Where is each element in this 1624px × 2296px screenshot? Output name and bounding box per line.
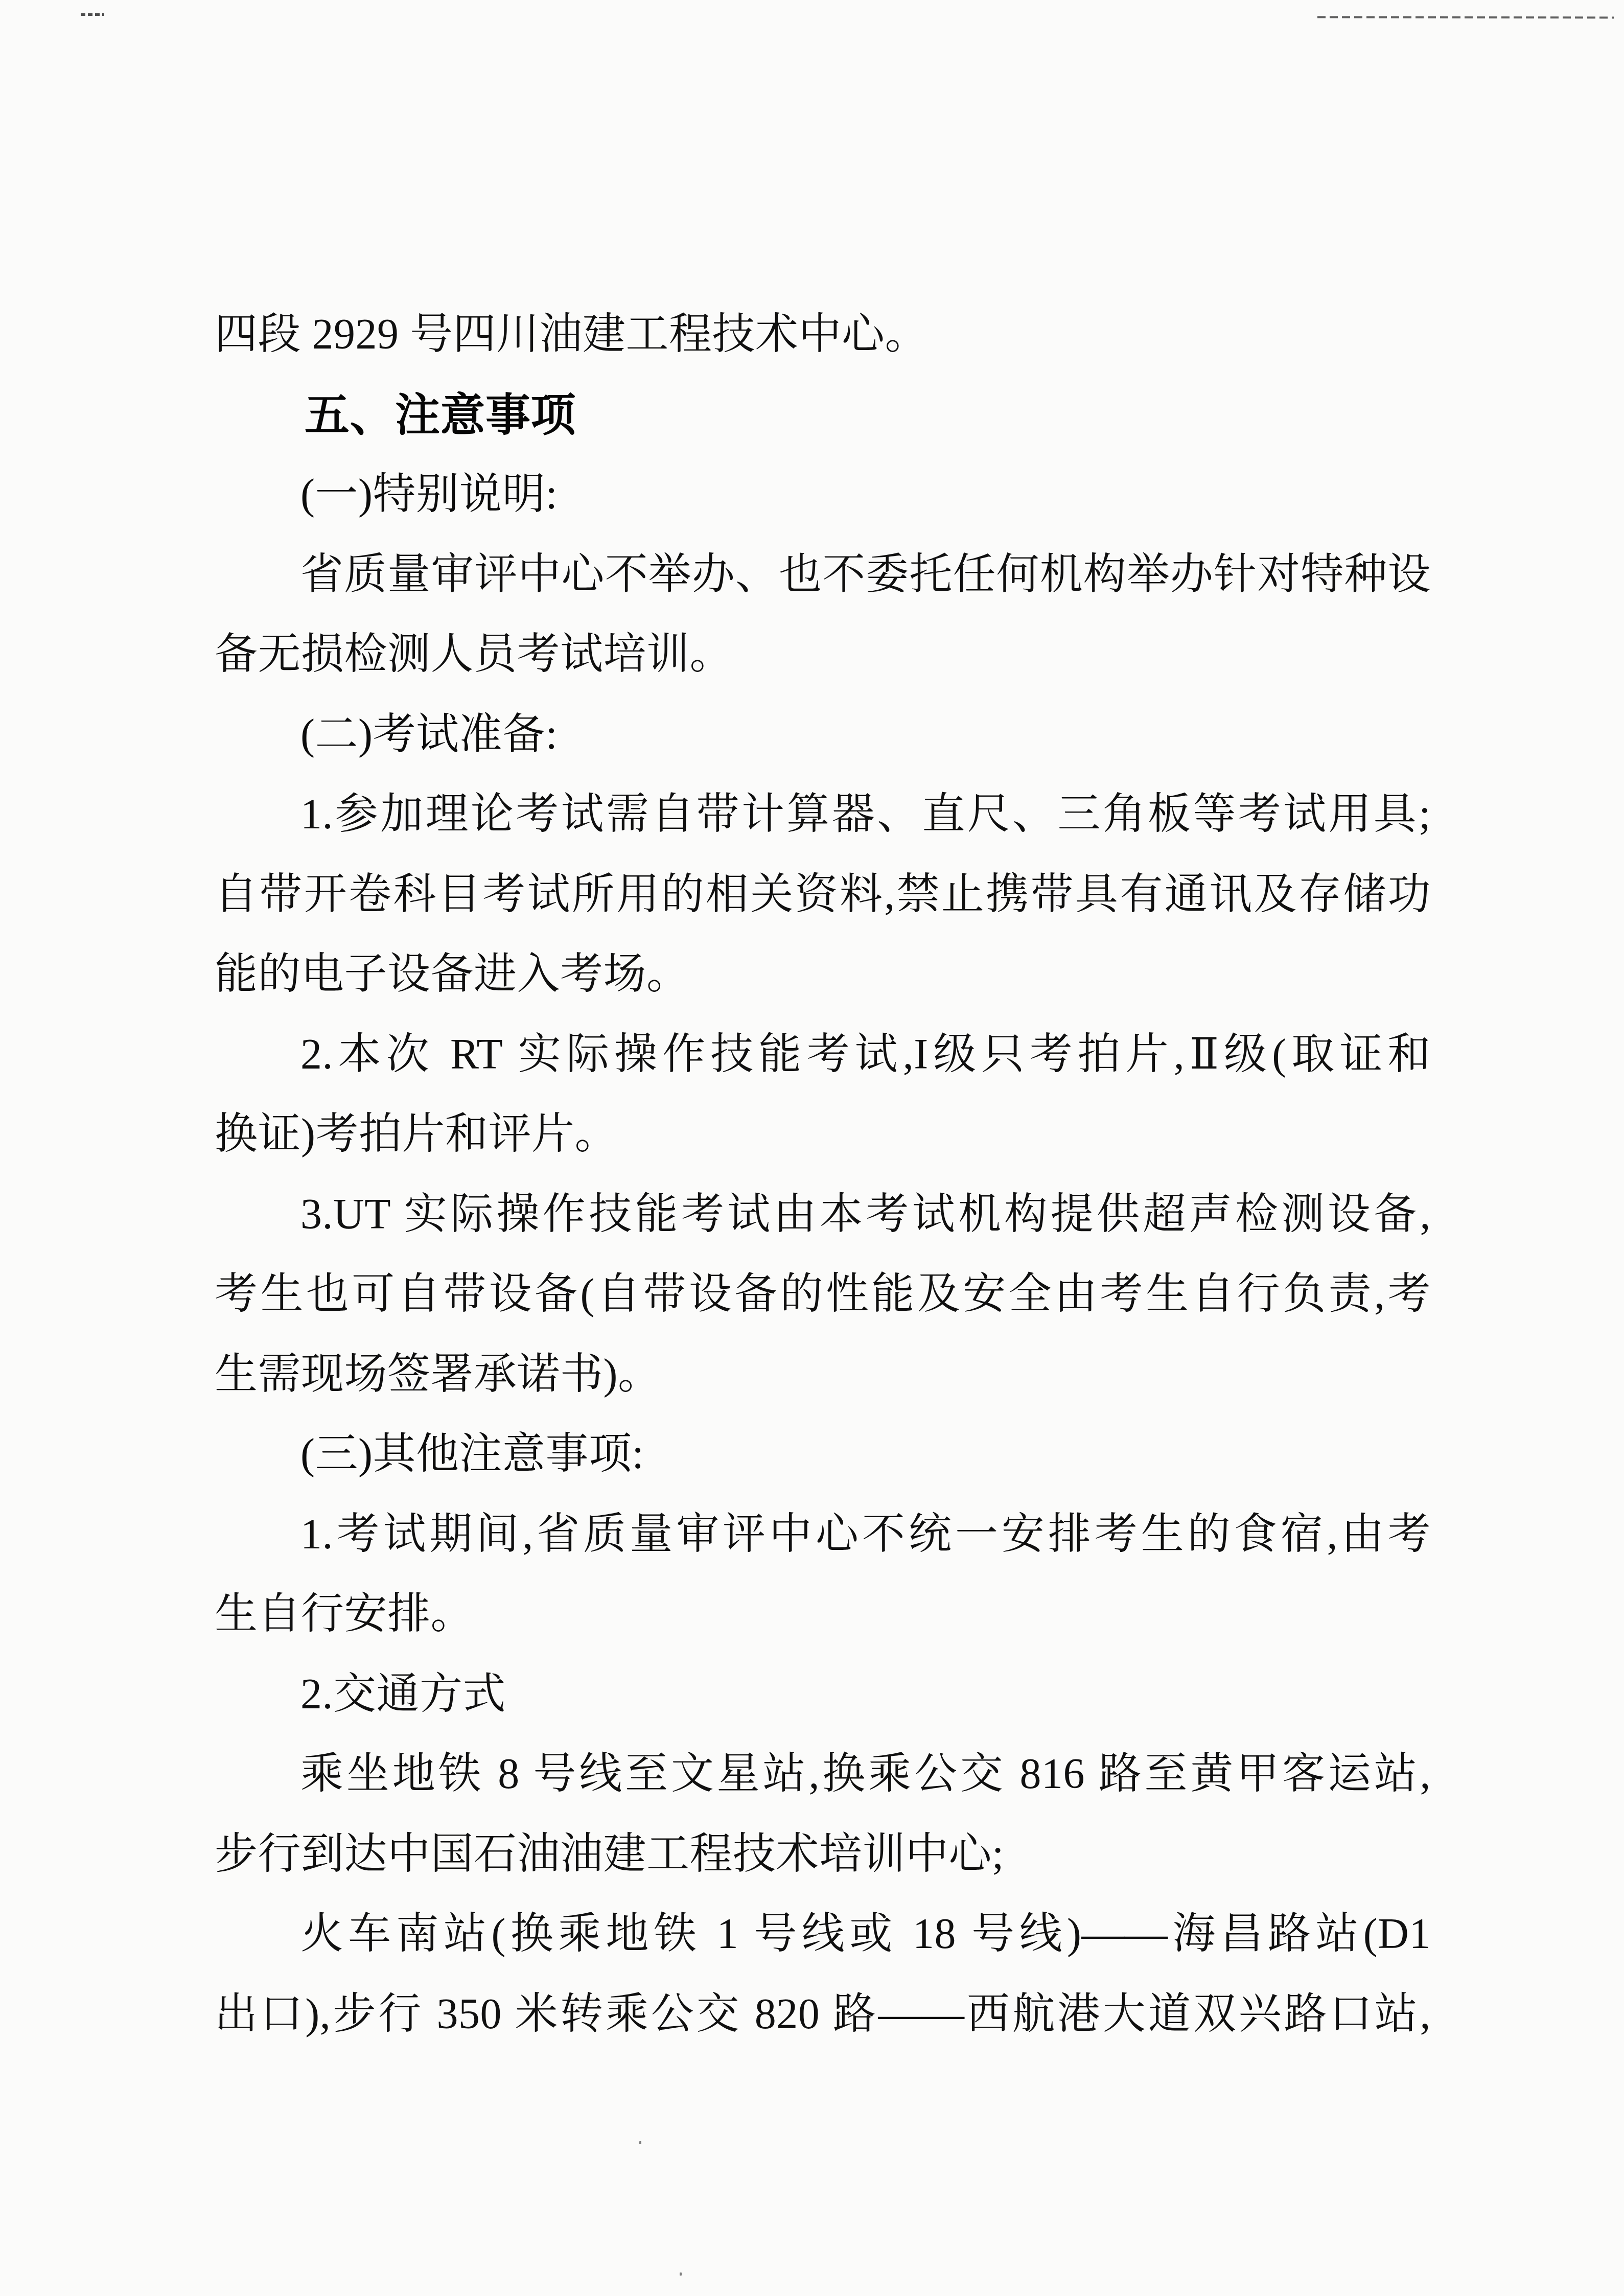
para-ut-exam-line-2: 考生也可自带设备(自带设备的性能及安全由考生自行负责,考 bbox=[215, 1255, 1431, 1335]
scan-speck bbox=[680, 2272, 682, 2276]
heading-section-five: 五、注意事项 bbox=[215, 375, 1431, 455]
para-exam-supplies-line-2: 自带开卷科目考试所用的相关资料,禁止携带具有通讯及存储功 bbox=[215, 855, 1431, 935]
para-train-route-line-2: 出口),步行 350 米转乘公交 820 路——西航港大道双兴路口站, bbox=[215, 1975, 1431, 2055]
para-metro-route-line-1: 乘坐地铁 8 号线至文星站,换乘公交 816 路至黄甲客运站, bbox=[215, 1734, 1431, 1815]
para-venue-continuation: 四段 2929 号四川油建工程技术中心。 bbox=[215, 295, 1431, 375]
para-train-route-line-1: 火车南站(换乘地铁 1 号线或 18 号线)——海昌路站(D1 bbox=[215, 1894, 1431, 1975]
scan-speck bbox=[639, 2141, 641, 2144]
para-exam-supplies-line-3: 能的电子设备进入考场。 bbox=[215, 935, 1431, 1015]
subheading-exam-preparation: (二)考试准备: bbox=[215, 695, 1431, 775]
para-special-notes-line-1: 省质量审评中心不举办、也不委托任何机构举办针对特种设 bbox=[215, 535, 1431, 615]
scan-artifact-top-right bbox=[1317, 16, 1614, 19]
subheading-special-notes: (一)特别说明: bbox=[215, 455, 1431, 535]
para-special-notes-line-2: 备无损检测人员考试培训。 bbox=[215, 615, 1431, 695]
para-exam-supplies-line-1: 1.参加理论考试需自带计算器、直尺、三角板等考试用具; bbox=[215, 775, 1431, 855]
subheading-other-notes: (三)其他注意事项: bbox=[215, 1414, 1431, 1495]
para-metro-route-line-2: 步行到达中国石油油建工程技术培训中心; bbox=[215, 1815, 1431, 1895]
document-page: 四段 2929 号四川油建工程技术中心。 五、注意事项 (一)特别说明: 省质量… bbox=[0, 0, 1624, 2296]
para-accommodation-line-2: 生自行安排。 bbox=[215, 1574, 1431, 1655]
para-transport-heading: 2.交通方式 bbox=[215, 1655, 1431, 1735]
document-body: 四段 2929 号四川油建工程技术中心。 五、注意事项 (一)特别说明: 省质量… bbox=[215, 295, 1431, 2054]
para-ut-exam-line-1: 3.UT 实际操作技能考试由本考试机构提供超声检测设备, bbox=[215, 1175, 1431, 1255]
para-rt-exam-line-2: 换证)考拍片和评片。 bbox=[215, 1095, 1431, 1175]
para-ut-exam-line-3: 生需现场签署承诺书)。 bbox=[215, 1335, 1431, 1415]
para-accommodation-line-1: 1.考试期间,省质量审评中心不统一安排考生的食宿,由考 bbox=[215, 1495, 1431, 1575]
scan-artifact-top-left bbox=[81, 13, 104, 16]
para-rt-exam-line-1: 2.本次 RT 实际操作技能考试,I级只考拍片,Ⅱ级(取证和 bbox=[215, 1015, 1431, 1095]
